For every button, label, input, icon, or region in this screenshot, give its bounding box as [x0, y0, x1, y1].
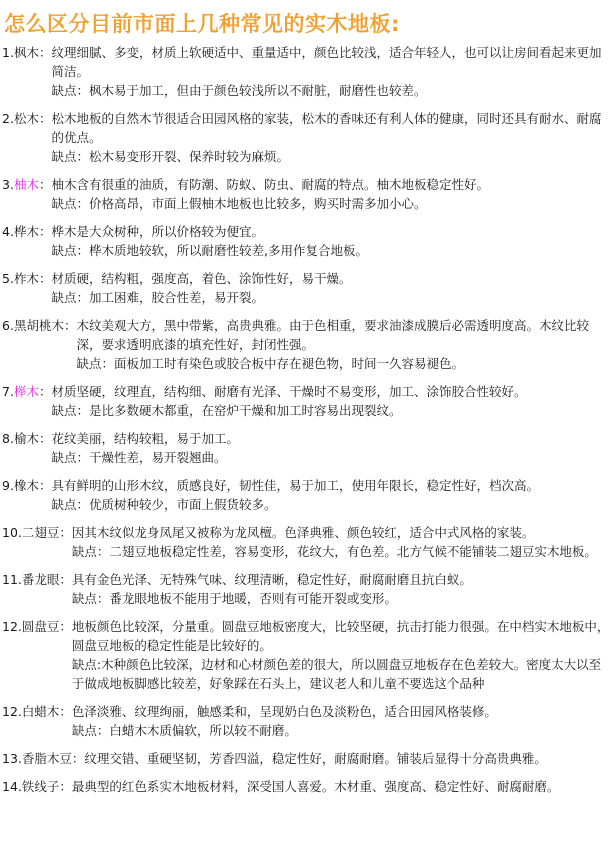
wood-type-label: 10.二翅豆：	[2, 523, 72, 561]
list-item: 6.黑胡桃木：木纹美观大方，黑中带紫，高贵典雅。由于色相重，要求油漆成膜后必需透…	[2, 316, 610, 373]
list-item: 11.番龙眼：具有金色光泽、无特殊气味、纹理清晰，稳定性好，耐腐耐磨且抗白蚁。缺…	[2, 570, 610, 608]
wood-floor-list: 1.枫木：纹理细腻、多变，材质上软硬适中、重量适中，颜色比较浅，适合年轻人，也可…	[2, 43, 610, 805]
wood-description: 因其木纹似龙身凤尾又被称为龙凤檀。色泽典雅、颜色较红，适合中式风格的家装。缺点：…	[72, 523, 610, 561]
separator: ：	[39, 271, 52, 286]
wood-type-label: 9.橡木：	[2, 476, 51, 514]
description-text: 桦木是大众树种，所以价格较为便宜。	[51, 222, 610, 241]
wood-description: 材质坚硬，纹理直，结构细、耐磨有光泽、干燥时不易变形，加工、涂饰胶合性较好。缺点…	[51, 382, 610, 420]
wood-type-label: 12.圆盘豆：	[2, 617, 72, 693]
wood-type-label: 14.铁线子：	[2, 777, 72, 796]
wood-name: 松木	[14, 111, 39, 126]
wood-name: 橡木	[14, 478, 39, 493]
wood-description: 纹理细腻、多变，材质上软硬适中、重量适中，颜色比较浅，适合年轻人，也可以让房间看…	[51, 43, 610, 100]
wood-type-label: 7.榉木：	[2, 382, 51, 420]
list-item: 5.柞木：材质硬，结构粗，强度高，着色、涂饰性好，易干燥。缺点：加工困难，胶合性…	[2, 269, 610, 307]
drawback-text: 缺点：枫木易于加工，但由于颜色较浅所以不耐脏，耐磨性也较差。	[51, 81, 610, 100]
wood-type-label: 1.枫木：	[2, 43, 51, 100]
description-text: 具有金色光泽、无特殊气味、纹理清晰，稳定性好，耐腐耐磨且抗白蚁。	[72, 570, 610, 589]
separator: ：	[59, 525, 72, 540]
wood-name: 柞木	[14, 271, 39, 286]
separator: ：	[59, 572, 72, 587]
drawback-text: 缺点：白蜡木木质偏软，所以较不耐磨。	[72, 721, 610, 740]
wood-name: 桦木	[14, 224, 39, 239]
description-text: 木纹美观大方，黑中带紫，高贵典雅。由于色相重，要求油漆成膜后必需透明度高。木纹比…	[76, 316, 610, 354]
separator: ：	[39, 177, 52, 192]
wood-description: 具有金色光泽、无特殊气味、纹理清晰，稳定性好，耐腐耐磨且抗白蚁。缺点：番龙眼地板…	[72, 570, 610, 608]
description-text: 纹理细腻、多变，材质上软硬适中、重量适中，颜色比较浅，适合年轻人，也可以让房间看…	[51, 43, 610, 81]
separator: ：	[59, 779, 72, 794]
description-text: 松木地板的自然木节很适合田园风格的家装，松木的香味还有利人体的健康，同时还具有耐…	[51, 109, 610, 147]
wood-type-label: 6.黑胡桃木：	[2, 316, 76, 373]
description-text: 因其木纹似龙身凤尾又被称为龙凤檀。色泽典雅、颜色较红，适合中式风格的家装。	[72, 523, 610, 542]
wood-type-label: 4.桦木：	[2, 222, 51, 260]
drawback-text: 缺点:木种颜色比较深，边材和心材颜色差的很大，所以圆盘豆地板存在色差较大。密度太…	[72, 655, 610, 693]
item-number: 2.	[2, 111, 14, 126]
drawback-text: 缺点：优质树种较少，市面上假货较多。	[51, 495, 610, 514]
item-number: 8.	[2, 431, 14, 446]
item-number: 14.	[2, 779, 22, 794]
item-number: 5.	[2, 271, 14, 286]
item-number: 1.	[2, 45, 14, 60]
wood-description: 具有鲜明的山形木纹，质感良好，韧性佳，易于加工，使用年限长，稳定性好，档次高。缺…	[51, 476, 610, 514]
wood-type-label: 2.松木：	[2, 109, 51, 166]
description-text: 色泽淡雅、纹理绚丽，触感柔和，呈现奶白色及淡粉色，适合田园风格装修。	[72, 702, 610, 721]
list-item: 13.香脂木豆：纹理交错、重硬坚韧，芳香四溢，稳定性好，耐腐耐磨。铺装后显得十分…	[2, 749, 610, 768]
wood-description: 纹理交错、重硬坚韧，芳香四溢，稳定性好，耐腐耐磨。铺装后显得十分高贵典雅。	[84, 749, 610, 768]
list-item: 2.松木：松木地板的自然木节很适合田园风格的家装，松木的香味还有利人体的健康，同…	[2, 109, 610, 166]
wood-name: 榉木	[14, 384, 39, 399]
page-title: 怎么区分目前市面上几种常见的实木地板:	[4, 8, 400, 38]
description-text: 柚木含有很重的油质，有防潮、防蚁、防虫、耐腐的特点。柚木地板稳定性好。	[51, 175, 610, 194]
separator: ：	[39, 45, 52, 60]
description-text: 材质硬，结构粗，强度高，着色、涂饰性好，易干燥。	[51, 269, 610, 288]
item-number: 7.	[2, 384, 14, 399]
drawback-text: 缺点：二翅豆地板稳定性差，容易变形，花纹大，有色差。北方气候不能铺装二翅豆实木地…	[72, 542, 610, 561]
description-text: 最典型的红色系实木地板材料，深受国人喜爱。木材重、强度高、稳定性好、耐腐耐磨。	[72, 777, 610, 796]
separator: ：	[39, 111, 52, 126]
list-item: 10.二翅豆：因其木纹似龙身凤尾又被称为龙凤檀。色泽典雅、颜色较红，适合中式风格…	[2, 523, 610, 561]
wood-description: 地板颜色比较深，分量重。圆盘豆地板密度大，比较坚硬，抗击打能力很强。在中档实木地…	[72, 617, 610, 693]
drawback-text: 缺点：面板加工时有染色或胶合板中存在褪色物，时间一久容易褪色。	[76, 354, 610, 373]
wood-type-label: 5.柞木：	[2, 269, 51, 307]
wood-description: 色泽淡雅、纹理绚丽，触感柔和，呈现奶白色及淡粉色，适合田园风格装修。缺点：白蜡木…	[72, 702, 610, 740]
description-text: 地板颜色比较深，分量重。圆盘豆地板密度大，比较坚硬，抗击打能力很强。在中档实木地…	[72, 617, 610, 655]
drawback-text: 缺点：干燥性差，易开裂翘曲。	[51, 448, 610, 467]
wood-description: 最典型的红色系实木地板材料，深受国人喜爱。木材重、强度高、稳定性好、耐腐耐磨。	[72, 777, 610, 796]
drawback-text: 缺点：松木易变形开裂、保养时较为麻烦。	[51, 147, 610, 166]
list-item: 8.榆木：花纹美丽，结构较粗，易于加工。缺点：干燥性差，易开裂翘曲。	[2, 429, 610, 467]
list-item: 12.圆盘豆：地板颜色比较深，分量重。圆盘豆地板密度大，比较坚硬，抗击打能力很强…	[2, 617, 610, 693]
wood-name: 榆木	[14, 431, 39, 446]
wood-type-label: 11.番龙眼：	[2, 570, 72, 608]
item-number: 11.	[2, 572, 22, 587]
wood-description: 柚木含有很重的油质，有防潮、防蚁、防虫、耐腐的特点。柚木地板稳定性好。缺点：价格…	[51, 175, 610, 213]
wood-name: 黑胡桃木	[14, 318, 64, 333]
list-item: 14.铁线子：最典型的红色系实木地板材料，深受国人喜爱。木材重、强度高、稳定性好…	[2, 777, 610, 796]
drawback-text: 缺点：加工困难，胶合性差，易开裂。	[51, 288, 610, 307]
item-number: 12.	[2, 704, 22, 719]
wood-name: 二翅豆	[22, 525, 60, 540]
separator: ：	[72, 751, 85, 766]
separator: ：	[39, 224, 52, 239]
wood-name: 枫木	[14, 45, 39, 60]
item-number: 13.	[2, 751, 22, 766]
list-item: 4.桦木：桦木是大众树种，所以价格较为便宜。缺点：桦木质地较软，所以耐磨性较差,…	[2, 222, 610, 260]
description-text: 花纹美丽，结构较粗，易于加工。	[51, 429, 610, 448]
drawback-text: 缺点：桦木质地较软，所以耐磨性较差,多用作复合地板。	[51, 241, 610, 260]
item-number: 3.	[2, 177, 14, 192]
item-number: 10.	[2, 525, 22, 540]
description-text: 材质坚硬，纹理直，结构细、耐磨有光泽、干燥时不易变形，加工、涂饰胶合性较好。	[51, 382, 610, 401]
list-item: 3.柚木：柚木含有很重的油质，有防潮、防蚁、防虫、耐腐的特点。柚木地板稳定性好。…	[2, 175, 610, 213]
separator: ：	[39, 478, 52, 493]
wood-description: 桦木是大众树种，所以价格较为便宜。缺点：桦木质地较软，所以耐磨性较差,多用作复合…	[51, 222, 610, 260]
wood-description: 材质硬，结构粗，强度高，着色、涂饰性好，易干燥。缺点：加工困难，胶合性差，易开裂…	[51, 269, 610, 307]
wood-type-label: 13.香脂木豆：	[2, 749, 84, 768]
separator: ：	[59, 619, 72, 634]
item-number: 9.	[2, 478, 14, 493]
separator: ：	[39, 384, 52, 399]
list-item: 12.白蜡木：色泽淡雅、纹理绚丽，触感柔和，呈现奶白色及淡粉色，适合田园风格装修…	[2, 702, 610, 740]
separator: ：	[59, 704, 72, 719]
list-item: 9.橡木：具有鲜明的山形木纹，质感良好，韧性佳，易于加工，使用年限长，稳定性好，…	[2, 476, 610, 514]
wood-name: 柚木	[14, 177, 39, 192]
item-number: 4.	[2, 224, 14, 239]
wood-description: 木纹美观大方，黑中带紫，高贵典雅。由于色相重，要求油漆成膜后必需透明度高。木纹比…	[76, 316, 610, 373]
wood-name: 白蜡木	[22, 704, 60, 719]
separator: ：	[64, 318, 77, 333]
description-text: 纹理交错、重硬坚韧，芳香四溢，稳定性好，耐腐耐磨。铺装后显得十分高贵典雅。	[84, 749, 610, 768]
wood-name: 铁线子	[22, 779, 60, 794]
wood-type-label: 8.榆木：	[2, 429, 51, 467]
drawback-text: 缺点：是比多数硬木都重，在窑炉干燥和加工时容易出现裂纹。	[51, 401, 610, 420]
wood-name: 番龙眼	[22, 572, 60, 587]
wood-description: 花纹美丽，结构较粗，易于加工。缺点：干燥性差，易开裂翘曲。	[51, 429, 610, 467]
drawback-text: 缺点：番龙眼地板不能用于地暖，否则有可能开裂或变形。	[72, 589, 610, 608]
separator: ：	[39, 431, 52, 446]
wood-description: 松木地板的自然木节很适合田园风格的家装，松木的香味还有利人体的健康，同时还具有耐…	[51, 109, 610, 166]
wood-name: 香脂木豆	[22, 751, 72, 766]
description-text: 具有鲜明的山形木纹，质感良好，韧性佳，易于加工，使用年限长，稳定性好，档次高。	[51, 476, 610, 495]
wood-type-label: 12.白蜡木：	[2, 702, 72, 740]
item-number: 12.	[2, 619, 22, 634]
drawback-text: 缺点：价格高昂，市面上假柚木地板也比较多，购买时需多加小心。	[51, 194, 610, 213]
list-item: 1.枫木：纹理细腻、多变，材质上软硬适中、重量适中，颜色比较浅，适合年轻人，也可…	[2, 43, 610, 100]
list-item: 7.榉木：材质坚硬，纹理直，结构细、耐磨有光泽、干燥时不易变形，加工、涂饰胶合性…	[2, 382, 610, 420]
wood-type-label: 3.柚木：	[2, 175, 51, 213]
wood-name: 圆盘豆	[22, 619, 60, 634]
item-number: 6.	[2, 318, 14, 333]
